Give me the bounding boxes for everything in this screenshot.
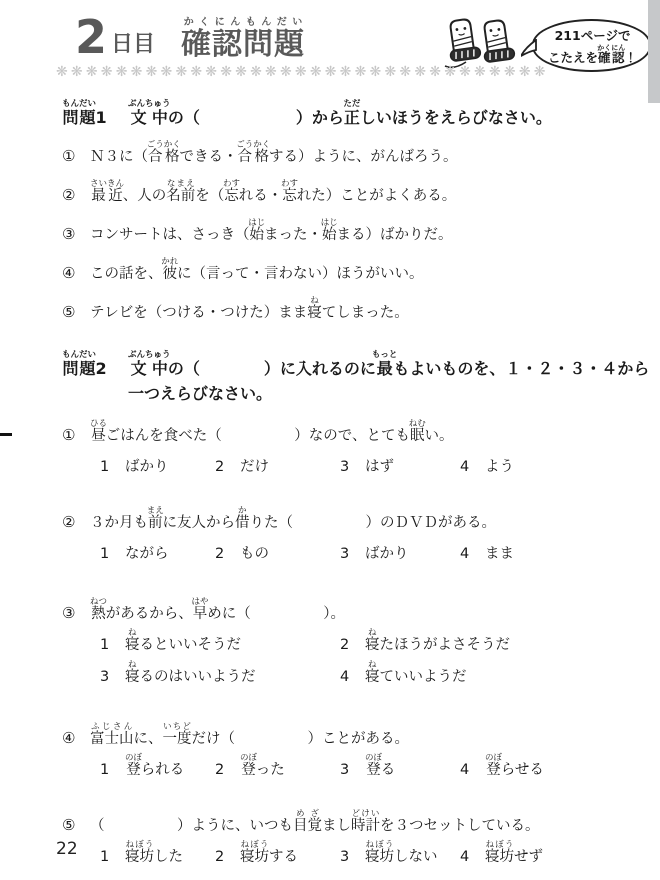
option-2: 2寝坊ねぼうする [215, 839, 340, 867]
option-2: 2だけ [215, 449, 340, 477]
option-3: 3寝坊ねぼうしない [340, 839, 460, 867]
option-1: 1登のぼられる [100, 752, 215, 780]
p2-item-4: ④ 富士山ふじさんに、一度いちどだけ（ ）ことがある。 1登のぼられる 2登のぼ… [62, 719, 614, 780]
item-sentence: Ｎ３に（合格ごうかくできる・合格ごうかくする）ように、がんばろう。 [90, 137, 614, 167]
p1-item-3: ③ コンサートは、さっき（始はじまった・始はじまる）ばかりだ。 [62, 215, 614, 245]
option-4: 4よう [460, 449, 614, 477]
option-4: 4登のぼらせる [460, 752, 614, 780]
p1-item-2: ② 最近さいきん、人の名前なまえを（忘わすれる・忘わすれた）ことがよくある。 [62, 176, 614, 206]
item-number: ④ [62, 254, 90, 284]
flower-divider: ❋❋❋❋❋❋❋❋❋❋❋❋❋❋❋❋❋❋❋❋❋❋❋❋❋❋❋❋❋❋❋❋❋ [56, 64, 616, 80]
bubble-text-line2: こたえを確認かくにん！ [548, 43, 637, 64]
item-number: ③ [62, 215, 90, 245]
question-sentence: （ ）ように、いつも目覚めざまし時計どけいを３つセットしている。 [90, 806, 614, 836]
page-number: 22 [56, 839, 78, 859]
p2-item-1: ① 昼ひるごはんを食べた（ ）なので、とても眠ねむい。 1ばかり 2だけ 3はず… [62, 416, 614, 477]
item-number: ② [62, 176, 90, 206]
p1-item-1: ① Ｎ３に（合格ごうかくできる・合格ごうかくする）ように、がんばろう。 [62, 137, 614, 167]
item-sentence: テレビを（つける・つけた）まま寝ねてしまった。 [90, 293, 614, 323]
options-grid: 1寝ねるといいそうだ 2寝ねたほうがよさそうだ 3寝ねるのはいいようだ 4寝ねて… [100, 627, 614, 687]
options-row: 1ばかり 2だけ 3はず 4よう [100, 449, 614, 477]
problem2-instruction-line1: 文中ぶんちゅうの（ ）に入れるのに最もっともよいものを、１・２・３・４から [128, 347, 649, 379]
item-number: ③ [62, 594, 90, 624]
item-number: ① [62, 137, 90, 167]
option-1: 1ばかり [100, 449, 215, 477]
bubble-text-line1: 211ページで [548, 28, 637, 43]
question-sentence: 富士山ふじさんに、一度いちどだけ（ ）ことがある。 [90, 719, 614, 749]
day-suffix: 日目 [111, 34, 155, 56]
question-sentence: ３か月も前まえに友人から借かりた（ ）のＤＶＤがある。 [90, 503, 614, 533]
option-3: 3ばかり [340, 536, 460, 564]
option-4: 4まま [460, 536, 614, 564]
page-content: 問題もんだい1 文中ぶんちゅうの（ ）から正ただしいほうをえらびなさい。 ① Ｎ… [62, 96, 614, 867]
speech-bubble-tail [521, 39, 537, 57]
item-sentence: 最近さいきん、人の名前なまえを（忘わすれる・忘わすれた）ことがよくある。 [90, 176, 614, 206]
problem1-header: 問題もんだい1 文中ぶんちゅうの（ ）から正ただしいほうをえらびなさい。 [62, 96, 614, 128]
problem2-instruction-line2: 一つえらびなさい。 [128, 382, 614, 406]
option-3: 3はず [340, 449, 460, 477]
p2-item-3: ③ 熱ねつがあるから、早はやめに（ ）。 1寝ねるといいそうだ 2寝ねたほうがよ… [62, 594, 614, 687]
item-number: ⑤ [62, 293, 90, 323]
question-sentence: 熱ねつがあるから、早はやめに（ ）。 [90, 594, 614, 624]
problem1-instruction: 文中ぶんちゅうの（ ）から正ただしいほうをえらびなさい。 [128, 96, 614, 128]
print-registration-mark [0, 433, 12, 436]
item-number: ④ [62, 719, 90, 749]
page-header: 2 日目 確認問題かくにんもんだい [75, 14, 305, 60]
question-line: ① 昼ひるごはんを食べた（ ）なので、とても眠ねむい。 [62, 416, 614, 446]
option-2: 2もの [215, 536, 340, 564]
p1-item-5: ⑤ テレビを（つける・つけた）まま寝ねてしまった。 [62, 293, 614, 323]
option-1: 1寝ねるといいそうだ [100, 627, 340, 655]
option-1: 1ながら [100, 536, 215, 564]
options-row: 1登のぼられる 2登のぼった 3登のぼる 4登のぼらせる [100, 752, 614, 780]
option-4: 4寝坊ねぼうせず [460, 839, 614, 867]
question-sentence: 昼ひるごはんを食べた（ ）なので、とても眠ねむい。 [90, 416, 614, 446]
p1-item-4: ④ この話を、彼かれに（言って・言わない）ほうがいい。 [62, 254, 614, 284]
problem2-header: 問題もんだい2 文中ぶんちゅうの（ ）に入れるのに最もっともよいものを、１・２・… [62, 347, 614, 379]
item-number: ② [62, 503, 90, 533]
page-title: 確認問題かくにんもんだい [181, 17, 305, 61]
chapter-edge-tab [648, 0, 660, 103]
p2-item-5: ⑤ （ ）ように、いつも目覚めざまし時計どけいを３つセットしている。 1寝坊ねぼ… [62, 806, 614, 867]
problem2-label: 問題もんだい2 [62, 347, 128, 379]
item-sentence: コンサートは、さっき（始はじまった・始はじまる）ばかりだ。 [90, 215, 614, 245]
options-row: 1寝坊ねぼうした 2寝坊ねぼうする 3寝坊ねぼうしない 4寝坊ねぼうせず [100, 839, 614, 867]
option-3: 3登のぼる [340, 752, 460, 780]
p2-item-2: ② ３か月も前まえに友人から借かりた（ ）のＤＶＤがある。 1ながら 2もの 3… [62, 503, 614, 564]
options-row: 1ながら 2もの 3ばかり 4まま [100, 536, 614, 564]
problem1-label: 問題もんだい1 [62, 96, 128, 128]
item-number: ⑤ [62, 806, 90, 836]
item-sentence: この話を、彼かれに（言って・言わない）ほうがいい。 [90, 254, 614, 284]
option-1: 1寝坊ねぼうした [100, 839, 215, 867]
question-line: ② ３か月も前まえに友人から借かりた（ ）のＤＶＤがある。 [62, 503, 614, 533]
workbook-page: 2 日目 確認問題かくにんもんだい [0, 0, 660, 880]
option-2: 2寝ねたほうがよさそうだ [340, 627, 614, 655]
option-4: 4寝ねていいようだ [340, 659, 614, 687]
option-2: 2登のぼった [215, 752, 340, 780]
question-line: ④ 富士山ふじさんに、一度いちどだけ（ ）ことがある。 [62, 719, 614, 749]
item-number: ① [62, 416, 90, 446]
question-line: ⑤ （ ）ように、いつも目覚めざまし時計どけいを３つセットしている。 [62, 806, 614, 836]
question-line: ③ 熱ねつがあるから、早はやめに（ ）。 [62, 594, 614, 624]
option-3: 3寝ねるのはいいようだ [100, 659, 340, 687]
day-number: 2 [75, 14, 107, 60]
